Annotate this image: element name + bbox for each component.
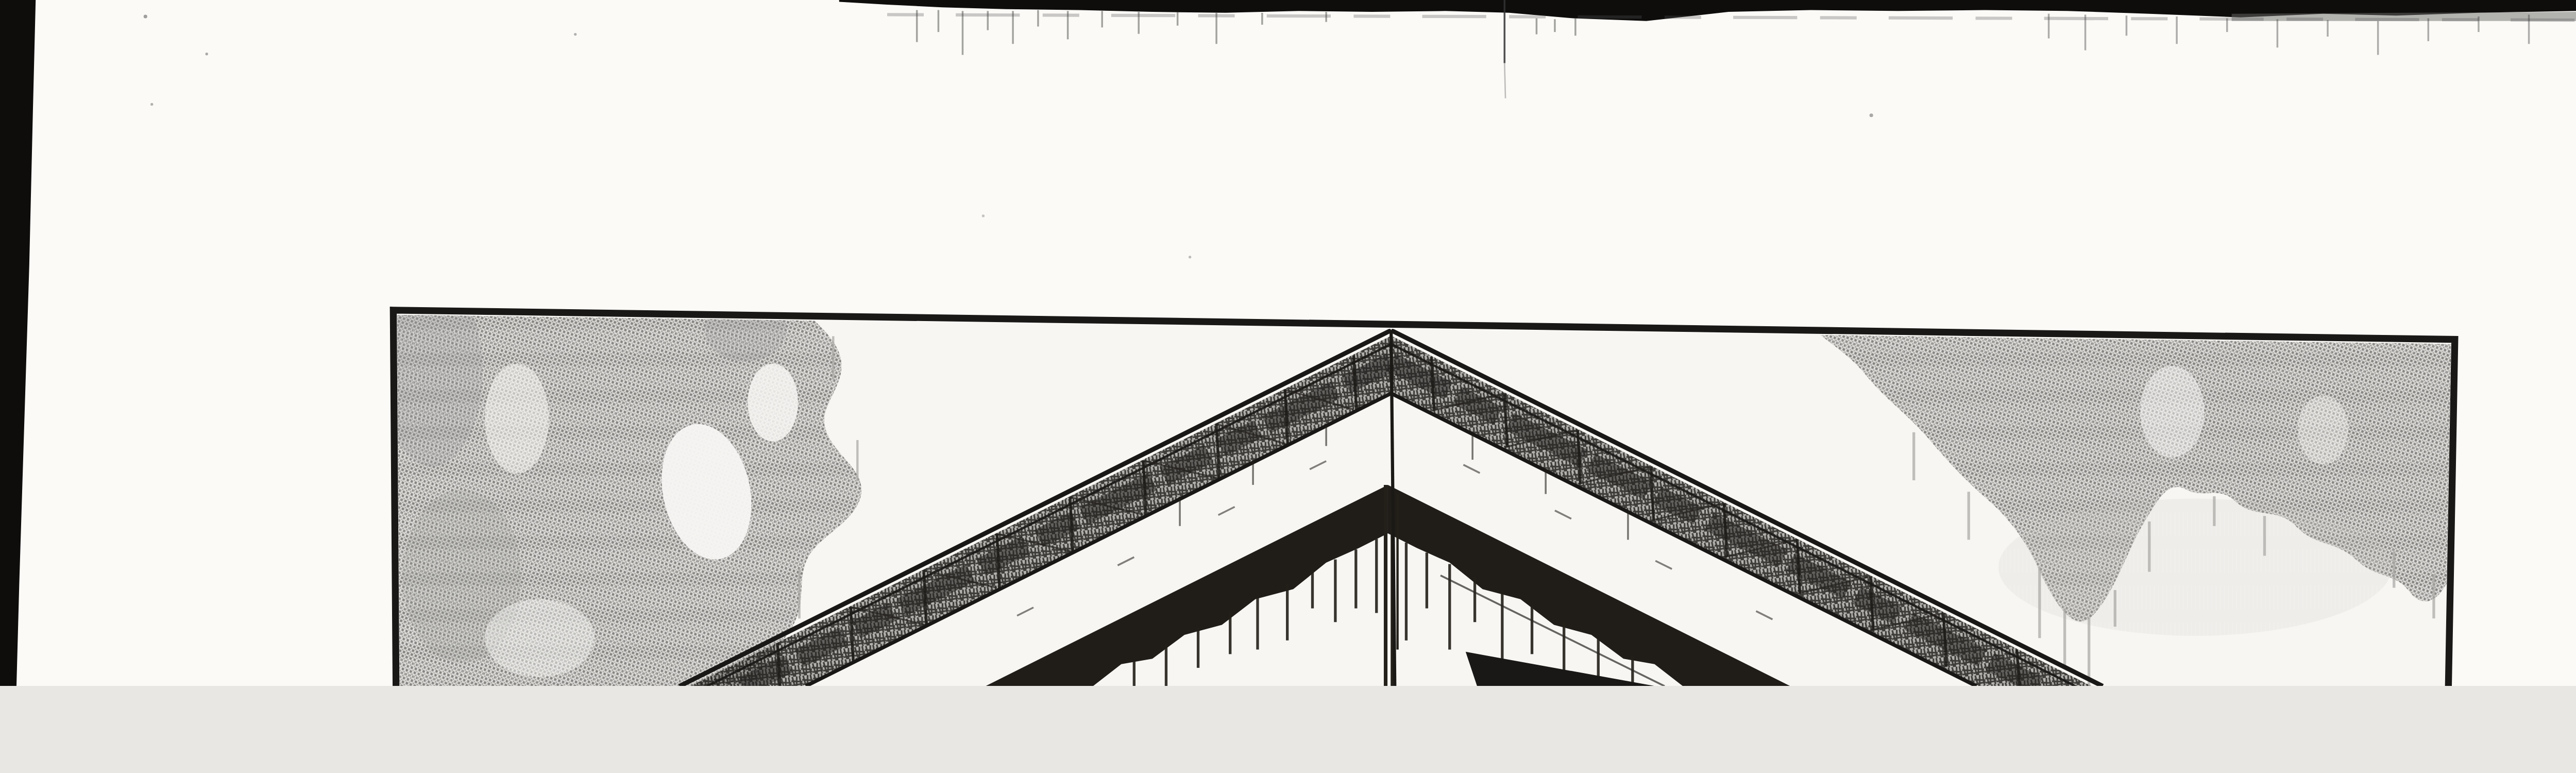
- cloud-left-scan-streaks: [388, 302, 873, 686]
- manga-panel-scene: [0, 0, 2576, 686]
- manga-page-scan: [0, 0, 2576, 686]
- dust-specks: [144, 14, 1873, 258]
- panel: [382, 275, 2455, 686]
- scan-edge-left-bar: [0, 0, 36, 686]
- scan-hairline: [1504, 0, 1505, 98]
